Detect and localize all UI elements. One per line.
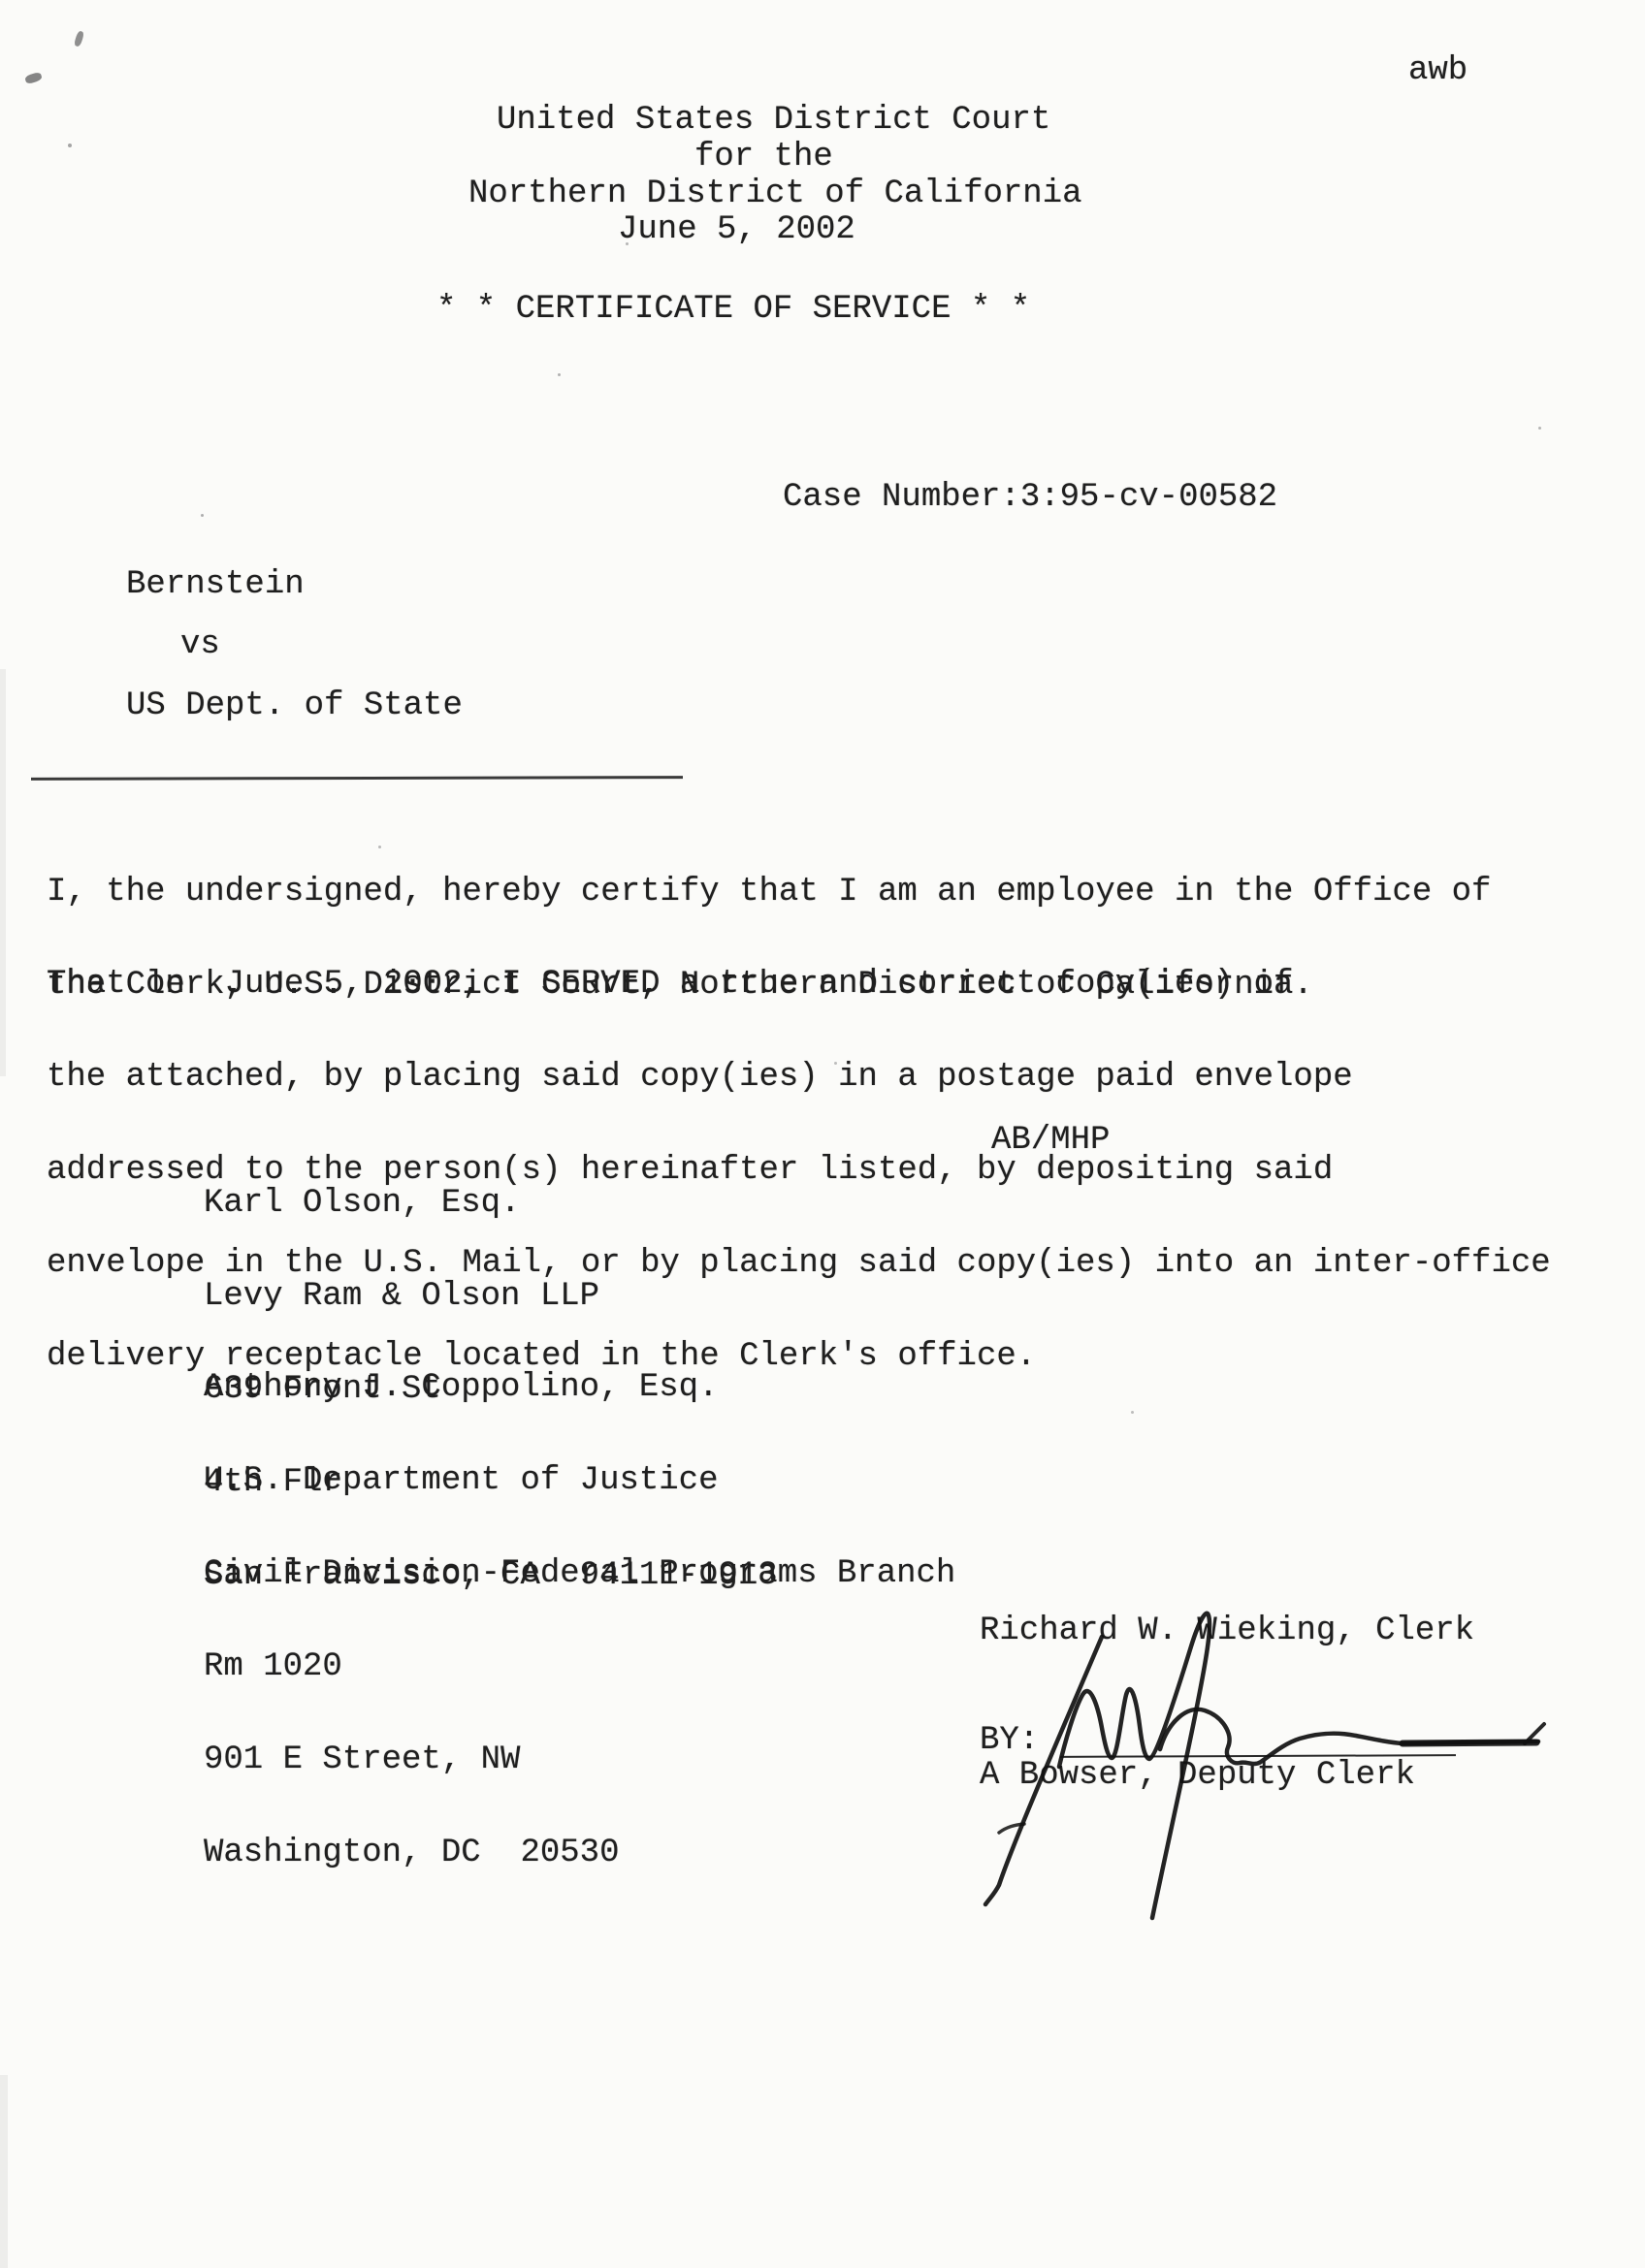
deputy-clerk-signature-ink: [951, 1551, 1591, 1959]
recipient2-division: Civil Division-Federal Programs Branch: [204, 1558, 955, 1589]
scan-edge-shadow: [0, 2075, 8, 2268]
certification-line-1: I, the undersigned, hereby certify that …: [47, 877, 1491, 908]
scan-speck: [1538, 427, 1541, 430]
corner-typist-mark: awb: [1408, 55, 1468, 86]
scan-speck: [558, 373, 561, 376]
service-line-1: That on June 5, 2002, I SERVED a true an…: [47, 969, 1551, 1000]
recipient1-name: Karl Olson, Esq.: [204, 1188, 778, 1219]
header-for-the: for the: [694, 142, 833, 173]
scan-speck: [68, 144, 72, 147]
scan-speck: [834, 1062, 837, 1065]
header-date: June 5, 2002: [618, 214, 855, 245]
scan-speck: [24, 72, 43, 85]
recipient2-agency: U.S. Department of Justice: [204, 1465, 955, 1496]
recipient2-room: Rm 1020: [204, 1651, 955, 1682]
party-divider-line: [31, 776, 683, 781]
case-number: Case Number:3:95-cv-00582: [783, 482, 1277, 513]
document-title: * * CERTIFICATE OF SERVICE * *: [436, 294, 1030, 325]
scan-speck: [1131, 1411, 1134, 1414]
scan-speck: [378, 846, 381, 848]
recipient2-name: Anthony J. Coppolino, Esq.: [204, 1372, 955, 1403]
scanned-certificate-of-service: awb United States District Court for the…: [0, 0, 1645, 2268]
defendant-name: US Dept. of State: [126, 690, 463, 721]
header-district-name: Northern District of California: [468, 178, 1082, 209]
recipient1-firm: Levy Ram & Olson LLP: [204, 1281, 778, 1312]
scan-speck: [74, 30, 85, 47]
service-initials: AB/MHP: [991, 1125, 1110, 1156]
header-court-name: United States District Court: [497, 105, 1050, 136]
plaintiff-name: Bernstein: [126, 569, 305, 600]
service-line-2: the attached, by placing said copy(ies) …: [47, 1062, 1551, 1093]
versus-label: vs: [180, 629, 220, 660]
scan-edge-shadow: [0, 669, 6, 1076]
recipient2-city: Washington, DC 20530: [204, 1837, 955, 1869]
recipient-address-2: Anthony J. Coppolino, Esq. U.S. Departme…: [204, 1310, 955, 1931]
scan-speck: [201, 514, 204, 517]
recipient2-street: 901 E Street, NW: [204, 1744, 955, 1775]
scan-speck: [626, 242, 629, 245]
